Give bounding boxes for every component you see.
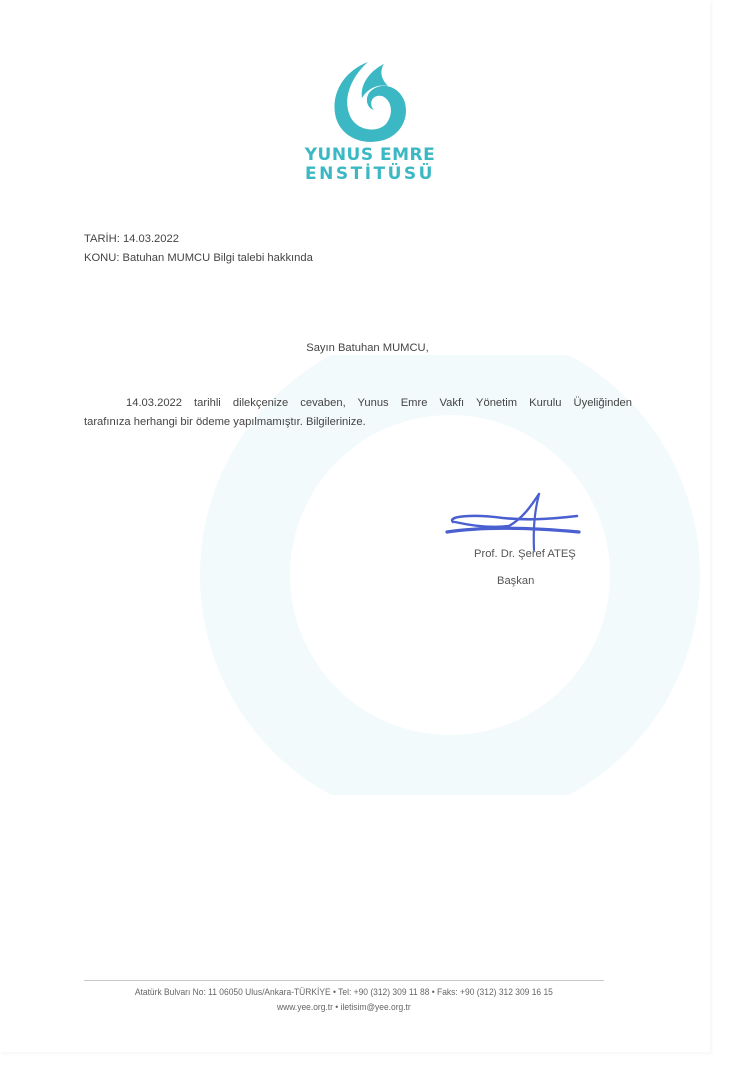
signer-name: Prof. Dr. Şeref ATEŞ (474, 548, 576, 560)
letter-meta: TARİH: 14.03.2022 KONU: Batuhan MUMCU Bi… (84, 230, 313, 268)
date-label: TARİH: (84, 233, 120, 245)
date-value: 14.03.2022 (123, 233, 179, 245)
date-row: TARİH: 14.03.2022 (84, 230, 313, 249)
yunus-emre-swirl-icon (328, 58, 412, 146)
body-line-2: tarafınıza herhangi bir ödeme yapılmamış… (84, 413, 632, 432)
org-name-line2: ENSTİTÜSÜ (300, 165, 440, 184)
letter-page: YUNUS EMRE ENSTİTÜSÜ TARİH: 14.03.2022 K… (0, 0, 710, 1052)
subject-value: Batuhan MUMCU Bilgi talebi hakkında (123, 252, 313, 264)
org-name-line1: YUNUS EMRE (300, 146, 440, 165)
subject-row: KONU: Batuhan MUMCU Bilgi talebi hakkınd… (84, 249, 313, 268)
letterhead-logo: YUNUS EMRE ENSTİTÜSÜ (300, 58, 440, 184)
footer-divider (84, 980, 604, 981)
signer-title: Başkan (497, 575, 534, 587)
letter-body: 14.03.2022 tarihli dilekçenize cevaben, … (84, 394, 632, 432)
salutation: Sayın Batuhan MUMCU, (0, 342, 735, 354)
body-line-1: 14.03.2022 tarihli dilekçenize cevaben, … (84, 394, 632, 413)
footer-address: Atatürk Bulvarı No: 11 06050 Ulus/Ankara… (84, 985, 604, 1000)
letter-footer: Atatürk Bulvarı No: 11 06050 Ulus/Ankara… (84, 985, 562, 1015)
footer-contact: www.yee.org.tr • iletisim@yee.org.tr (84, 1000, 604, 1015)
subject-label: KONU: (84, 252, 119, 264)
handwritten-signature-icon (443, 492, 583, 552)
